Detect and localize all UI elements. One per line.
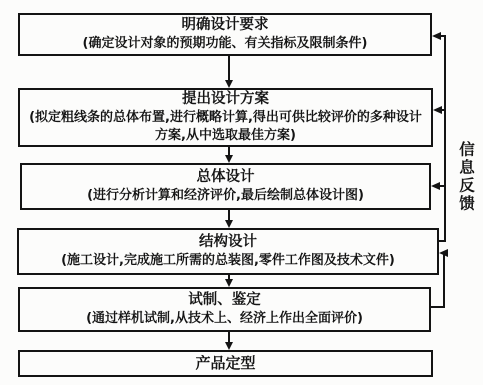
box-title: 产品定型 — [195, 354, 255, 373]
box-description: (进行分析计算和经济评价,最后绘制总体设计图) — [84, 187, 367, 205]
arrowhead-down-3 — [225, 220, 233, 228]
arrowhead-into-box4 — [439, 249, 448, 257]
flow-box-trial-appraisal: 试制、鉴定 (通过样机试制,从技术上、经济上作出全面评价) — [18, 287, 431, 332]
arrowhead-into-box3 — [431, 182, 440, 190]
box-description: (拟定粗线条的总体布置,进行概略计算,得出可供比较评价的多种设计方案,从中选取最… — [20, 109, 431, 145]
feedback-line-a — [438, 36, 445, 241]
box-description: (通过样机试制,从技术上、经济上作出全面评价) — [83, 310, 366, 328]
flow-box-propose-schemes: 提出设计方案 (拟定粗线条的总体布置,进行概略计算,得出可供比较评价的多种设计方… — [18, 88, 433, 147]
flow-box-product-finalization: 产品定型 — [18, 350, 433, 377]
box-description: (确定设计对象的预期功能、有关指标及限制条件) — [80, 35, 371, 53]
flow-box-design-requirements: 明确设计要求 (确定设计对象的预期功能、有关指标及限制条件) — [18, 13, 432, 56]
box-title: 结构设计 — [199, 233, 257, 252]
arrowhead-down-1 — [225, 80, 233, 88]
box-title: 试制、鉴定 — [188, 291, 261, 310]
arrowhead-into-box1 — [432, 32, 441, 40]
arrowhead-into-box2 — [433, 106, 442, 114]
flow-box-structural-design: 结构设计 (施工设计,完成施工所需的总装图,零件工作图及技术文件) — [17, 228, 439, 275]
arrowhead-down-5 — [225, 342, 233, 350]
arrowhead-down-4 — [225, 279, 233, 287]
box-description: (施工设计,完成施工所需的总装图,零件工作图及技术文件) — [58, 252, 398, 270]
feedback-label: 信息反馈 — [455, 141, 477, 213]
flow-box-overall-design: 总体设计 (进行分析计算和经济评价,最后绘制总体设计图) — [20, 163, 431, 210]
arrowhead-down-2 — [225, 155, 233, 163]
box-title: 明确设计要求 — [182, 16, 269, 35]
flowchart-design-process: 明确设计要求 (确定设计对象的预期功能、有关指标及限制条件) 提出设计方案 (拟… — [0, 0, 483, 385]
box-title: 提出设计方案 — [182, 90, 269, 109]
box-title: 总体设计 — [197, 168, 255, 187]
